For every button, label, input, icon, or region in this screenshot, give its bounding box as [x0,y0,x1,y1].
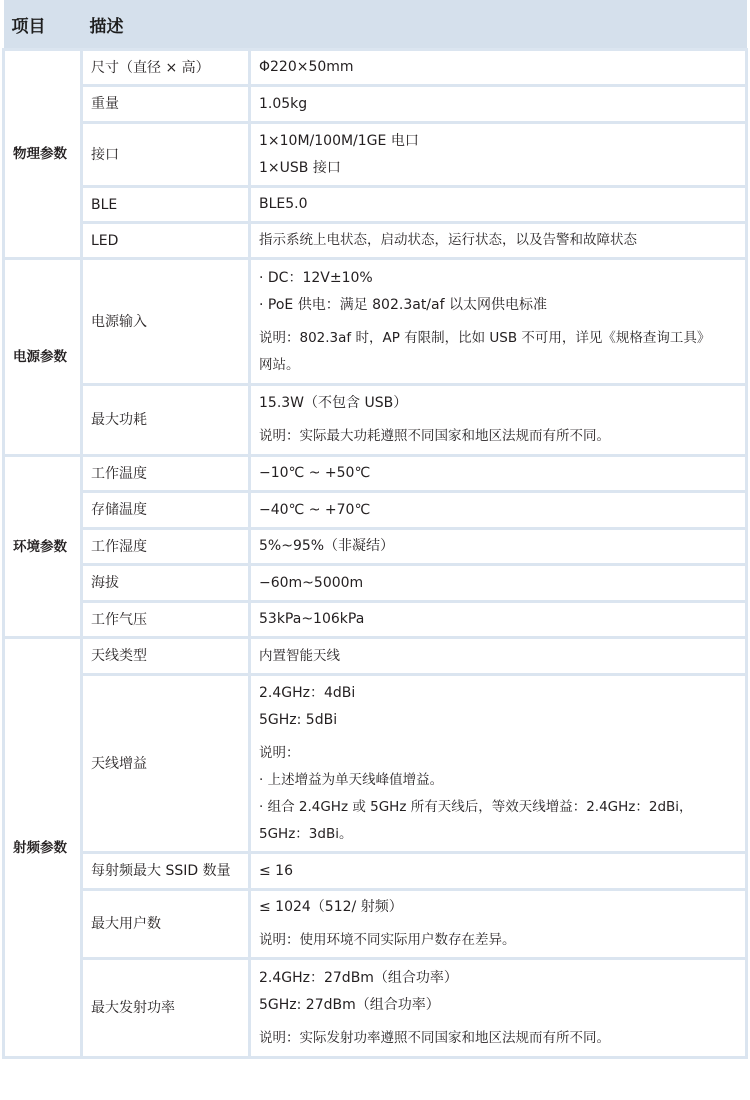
note-line: · 组合 2.4GHz 或 5GHz 所有天线后，等效天线增益：2.4GHz：2… [259,794,737,821]
param-value: Φ220×50mm [250,50,747,86]
table-row: BLE BLE5.0 [4,187,747,223]
note-line: 网站。 [259,352,737,379]
table-row: 最大功耗 15.3W（不包含 USB） 说明：实际最大功耗遵照不同国家和地区法规… [4,385,747,456]
param-name: 工作温度 [82,456,250,492]
table-row: 工作气压 53kPa~106kPa [4,602,747,638]
value-line: ≤ 1024（512/ 射频） [259,894,737,921]
note-line: 5GHz：3dBi。 [259,821,737,848]
note-line: 说明：实际最大功耗遵照不同国家和地区法规而有所不同。 [259,423,737,450]
table-row: 重量 1.05kg [4,86,747,123]
note-line: 说明：使用环境不同实际用户数存在差异。 [259,927,737,954]
param-value: 2.4GHz：27dBm（组合功率） 5GHz: 27dBm（组合功率） 说明：… [250,959,747,1058]
param-value: 内置智能天线 [250,638,747,675]
header-description: 描述 [82,0,747,50]
table-row: 电源参数 电源输入 · DC：12V±10% · PoE 供电：满足 802.3… [4,259,747,385]
group-physical: 物理参数 [4,50,82,259]
spec-table: 项目 描述 物理参数 尺寸（直径 × 高） Φ220×50mm 重量 1.05k… [2,0,748,1059]
value-line: 2.4GHz：27dBm（组合功率） [259,965,737,992]
param-name: 天线类型 [82,638,250,675]
value-line: 指示系统上电状态，启动状态，运行状态，以及告警和故障状态 [259,227,737,254]
param-value: −60m~5000m [250,565,747,602]
value-line: −10℃ ~ +50℃ [259,460,737,487]
param-value: −40℃ ~ +70℃ [250,492,747,529]
table-row: 海拔 −60m~5000m [4,565,747,602]
param-name: 接口 [82,123,250,187]
param-name: 最大用户数 [82,890,250,959]
group-radio: 射频参数 [4,638,82,1058]
param-name: 尺寸（直径 × 高） [82,50,250,86]
table-row: 工作湿度 5%~95%（非凝结） [4,529,747,565]
note-line: 说明：实际发射功率遵照不同国家和地区法规而有所不同。 [259,1025,737,1052]
value-line: 1.05kg [259,91,737,118]
group-environment: 环境参数 [4,456,82,638]
param-name: 最大发射功率 [82,959,250,1058]
note-line: · 上述增益为单天线峰值增益。 [259,767,737,794]
param-value: 指示系统上电状态，启动状态，运行状态，以及告警和故障状态 [250,223,747,259]
table-row: 每射频最大 SSID 数量 ≤ 16 [4,853,747,890]
group-power: 电源参数 [4,259,82,456]
table-row: 最大发射功率 2.4GHz：27dBm（组合功率） 5GHz: 27dBm（组合… [4,959,747,1058]
param-name: 每射频最大 SSID 数量 [82,853,250,890]
param-value: · DC：12V±10% · PoE 供电：满足 802.3at/af 以太网供… [250,259,747,385]
value-line: 5GHz: 27dBm（组合功率） [259,992,737,1019]
value-line: 5%~95%（非凝结） [259,533,737,560]
value-line: Φ220×50mm [259,54,737,81]
param-name: 重量 [82,86,250,123]
value-line: 2.4GHz：4dBi [259,680,737,707]
param-name: 海拔 [82,565,250,602]
param-value: −10℃ ~ +50℃ [250,456,747,492]
value-line: 53kPa~106kPa [259,606,737,633]
table-row: 存储温度 −40℃ ~ +70℃ [4,492,747,529]
param-value: ≤ 1024（512/ 射频） 说明：使用环境不同实际用户数存在差异。 [250,890,747,959]
value-line: BLE5.0 [259,191,737,218]
table-row: 最大用户数 ≤ 1024（512/ 射频） 说明：使用环境不同实际用户数存在差异… [4,890,747,959]
value-line: · DC：12V±10% [259,265,737,292]
value-line: 1×USB 接口 [259,155,737,182]
value-line: · PoE 供电：满足 802.3at/af 以太网供电标准 [259,292,737,319]
param-value: 15.3W（不包含 USB） 说明：实际最大功耗遵照不同国家和地区法规而有所不同… [250,385,747,456]
param-value: 1×10M/100M/1GE 电口 1×USB 接口 [250,123,747,187]
note-line: 说明： [259,740,737,767]
note-line: 说明：802.3af 时，AP 有限制，比如 USB 不可用，详见《规格查询工具… [259,325,737,352]
table-row: 射频参数 天线类型 内置智能天线 [4,638,747,675]
param-value: BLE5.0 [250,187,747,223]
param-value: 1.05kg [250,86,747,123]
table-row: LED 指示系统上电状态，启动状态，运行状态，以及告警和故障状态 [4,223,747,259]
value-line: 5GHz: 5dBi [259,707,737,734]
table-row: 环境参数 工作温度 −10℃ ~ +50℃ [4,456,747,492]
value-line: −40℃ ~ +70℃ [259,497,737,524]
param-name: 天线增益 [82,675,250,853]
param-value: ≤ 16 [250,853,747,890]
table-row: 接口 1×10M/100M/1GE 电口 1×USB 接口 [4,123,747,187]
table-row: 物理参数 尺寸（直径 × 高） Φ220×50mm [4,50,747,86]
param-name: BLE [82,187,250,223]
param-name: 最大功耗 [82,385,250,456]
param-value: 53kPa~106kPa [250,602,747,638]
value-line: −60m~5000m [259,570,737,597]
value-line: 15.3W（不包含 USB） [259,390,737,417]
param-name: 电源输入 [82,259,250,385]
param-value: 5%~95%（非凝结） [250,529,747,565]
header-item: 项目 [4,0,82,50]
value-line: ≤ 16 [259,858,737,885]
param-name: LED [82,223,250,259]
param-name: 存储温度 [82,492,250,529]
value-line: 内置智能天线 [259,643,737,670]
table-header-row: 项目 描述 [4,0,747,50]
param-name: 工作湿度 [82,529,250,565]
table-row: 天线增益 2.4GHz：4dBi 5GHz: 5dBi 说明： · 上述增益为单… [4,675,747,853]
value-line: 1×10M/100M/1GE 电口 [259,128,737,155]
param-value: 2.4GHz：4dBi 5GHz: 5dBi 说明： · 上述增益为单天线峰值增… [250,675,747,853]
param-name: 工作气压 [82,602,250,638]
